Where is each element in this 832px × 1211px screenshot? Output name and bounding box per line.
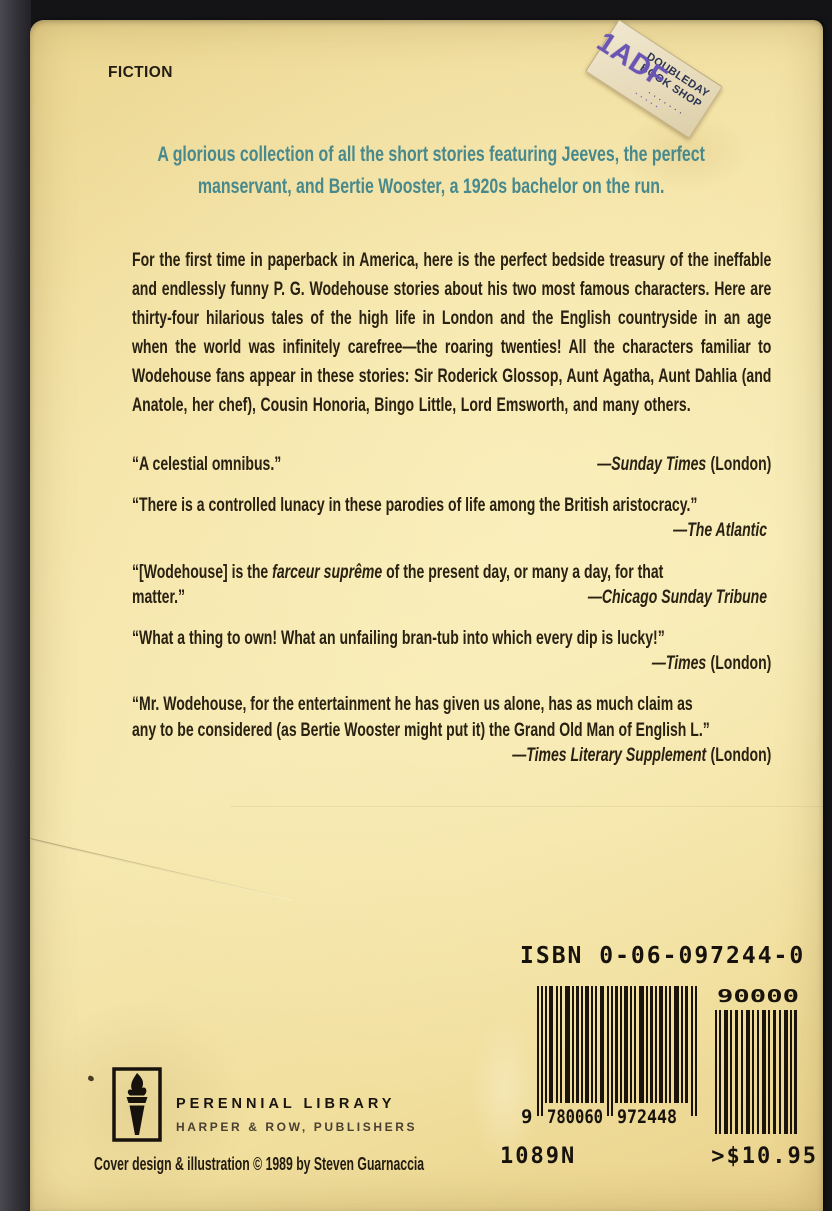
quote-block: “A celestial omnibus.” —Sunday Times(Lon…: [132, 452, 771, 477]
quote-text: “What a thing to own! What an unfailing …: [132, 626, 771, 651]
headline-line2: manservant, and Bertie Wooster, a 1920s …: [100, 170, 762, 202]
addon-code-digits: 90000: [717, 986, 799, 1007]
cover-crease: [30, 838, 294, 901]
cover-crease: [230, 806, 823, 807]
headline: A glorious collection of all the short s…: [100, 138, 763, 202]
barcode-digit-group1: 780060: [547, 1106, 603, 1128]
quote-attribution: —Chicago Sunday Tribune: [588, 585, 771, 610]
review-quotes: “A celestial omnibus.” —Sunday Times(Lon…: [132, 452, 771, 784]
cover-credit-block: Cover design & illustration © 1989 by St…: [94, 1154, 494, 1175]
quote-attribution: —Times(London): [132, 651, 771, 676]
quote-text-line1: “Mr. Wodehouse, for the entertainment he…: [132, 692, 771, 717]
quote-attribution: —Sunday Times(London): [597, 452, 771, 477]
quote-text: “A celestial omnibus.”: [132, 452, 281, 477]
torch-logo-icon: [112, 1067, 162, 1142]
quote-source: —Chicago Sunday Tribune: [588, 586, 767, 608]
price: >$10.95: [711, 1144, 818, 1169]
quote-source: —Sunday Times: [597, 453, 706, 475]
quote-block: “Mr. Wodehouse, for the entertainment he…: [132, 692, 771, 768]
headline-line1: A glorious collection of all the short s…: [100, 138, 762, 170]
barcode-digit-group2: 972448: [617, 1106, 677, 1128]
quote-block: “What a thing to own! What an unfailing …: [132, 626, 771, 676]
cover-credit: Cover design & illustration © 1989 by St…: [94, 1154, 494, 1175]
description-block: For the first time in paperback in Ameri…: [132, 246, 771, 420]
quote-text-line2: any to be considered (as Bertie Wooster …: [132, 718, 771, 743]
imprint-block: PERENNIAL LIBRARY HARPER & ROW, PUBLISHE…: [176, 1096, 417, 1134]
book-back-cover: FICTION DOUBLEDAY BOOK SHOP ······· 1ADF…: [30, 20, 823, 1211]
quote-attribution: —Times Literary Supplement(London): [132, 743, 771, 768]
quote-text-line1: “[Wodehouse] is the farceur suprême of t…: [132, 560, 771, 585]
quote-source: —Times Literary Supplement: [512, 744, 706, 766]
quote-text-italic: farceur suprême: [272, 561, 382, 583]
publisher-name: HARPER & ROW, PUBLISHERS: [176, 1120, 417, 1134]
quote-source-note: (London): [711, 744, 772, 766]
quote-source-note: (London): [711, 652, 772, 674]
quote-block: “[Wodehouse] is the farceur suprême of t…: [132, 560, 771, 610]
quote-attribution: —The Atlantic: [132, 518, 771, 543]
price-code-stamp: 1ADF: [591, 26, 673, 95]
price-addon-barcode: 90000: [713, 986, 805, 1134]
quote-source-note: (London): [711, 453, 772, 475]
scan-background-edge: [0, 0, 31, 1211]
stock-code: 1089N: [500, 1144, 576, 1169]
quote-text: of the present day, or many a day, for t…: [382, 561, 663, 583]
quote-block: “There is a controlled lunacy in these p…: [132, 493, 771, 543]
description-text: For the first time in paperback in Ameri…: [132, 246, 771, 420]
isbn-label: ISBN 0-06-097244-0: [520, 943, 805, 969]
category-label: FICTION: [108, 64, 173, 82]
quote-source: —The Atlantic: [673, 519, 767, 541]
quote-text: “There is a controlled lunacy in these p…: [132, 493, 771, 518]
ean13-barcode: 9 780060 972448: [519, 986, 705, 1134]
quote-text-line2: matter.”: [132, 585, 185, 610]
quote-text: “[Wodehouse] is the: [132, 561, 272, 583]
code-price-row: 1089N >$10.95: [500, 1144, 818, 1169]
scanned-book-back-cover: FICTION DOUBLEDAY BOOK SHOP ······· 1ADF…: [0, 0, 832, 1211]
imprint-name: PERENNIAL LIBRARY: [176, 1096, 417, 1112]
quote-source: —Times: [652, 652, 706, 674]
barcode-digit-prefix: 9: [521, 1106, 532, 1128]
